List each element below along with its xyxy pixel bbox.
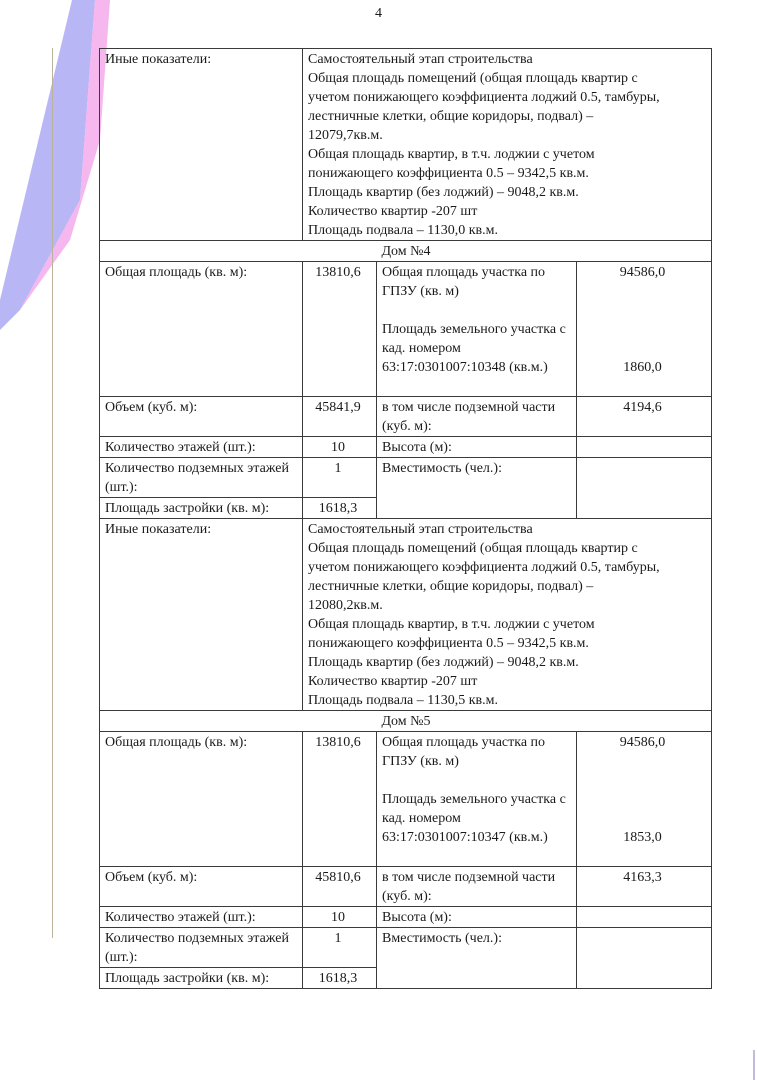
volume-label: Объем (куб. м):	[100, 867, 303, 907]
floors-value: 10	[303, 907, 377, 928]
indicator-line: Самостоятельный этап строительства	[308, 50, 707, 69]
land-area-text: Площадь земельного участка с кад. номеро…	[382, 320, 572, 377]
other-indicators-label: Иные показатели:	[100, 49, 303, 241]
indicator-line: Общая площадь помещений (общая площадь к…	[308, 539, 707, 558]
indicator-line: учетом понижающего коэффициента лоджий 0…	[308, 558, 707, 577]
indicator-line: Общая площадь квартир, в т.ч. лоджии с у…	[308, 145, 707, 164]
volume-value: 45810,6	[303, 867, 377, 907]
underground-floors-value: 1	[303, 458, 377, 498]
plot-area-text: Общая площадь участка по ГПЗУ (кв. м)	[382, 733, 572, 771]
indicator-line: Общая площадь помещений (общая площадь к…	[308, 69, 707, 88]
indicator-line: Самостоятельный этап строительства	[308, 520, 707, 539]
indicator-line: лестничные клетки, общие коридоры, подва…	[308, 107, 707, 126]
capacity-label: Вместимость (чел.):	[377, 458, 577, 519]
height-value	[577, 907, 712, 928]
underground-floors-label: Количество подземных этажей (шт.):	[100, 928, 303, 968]
building-parameters-table: Иные показатели: Самостоятельный этап ст…	[99, 48, 712, 989]
indicator-line: Количество квартир -207 шт	[308, 202, 707, 221]
footprint-label: Площадь застройки (кв. м):	[100, 968, 303, 989]
table-row: Количество подземных этажей (шт.): 1 Вме…	[100, 458, 712, 498]
other-indicators-label: Иные показатели:	[100, 519, 303, 711]
plot-area-label: Общая площадь участка по ГПЗУ (кв. м) Пл…	[377, 732, 577, 867]
table-row: Количество этажей (шт.): 10 Высота (м):	[100, 907, 712, 928]
indicator-line: 12080,2кв.м.	[308, 596, 707, 615]
table-row: Объем (куб. м): 45810,6 в том числе подз…	[100, 867, 712, 907]
indicator-line: Общая площадь квартир, в т.ч. лоджии с у…	[308, 615, 707, 634]
other-indicators-row: Иные показатели: Самостоятельный этап ст…	[100, 49, 712, 241]
indicator-line: лестничные клетки, общие коридоры, подва…	[308, 577, 707, 596]
scan-edge-mark	[753, 1050, 755, 1080]
table-row: Общая площадь (кв. м): 13810,6 Общая пло…	[100, 262, 712, 397]
underground-volume-value: 4163,3	[577, 867, 712, 907]
indicator-line: Площадь квартир (без лоджий) – 9048,2 кв…	[308, 183, 707, 202]
height-label: Высота (м):	[377, 907, 577, 928]
plot-area-value: 94586,0	[582, 263, 703, 282]
volume-label: Объем (куб. м):	[100, 397, 303, 437]
land-area-value: 1853,0	[582, 828, 703, 847]
height-value	[577, 437, 712, 458]
underground-volume-value: 4194,6	[577, 397, 712, 437]
floors-label: Количество этажей (шт.):	[100, 437, 303, 458]
house-title: Дом №4	[100, 241, 712, 262]
indicator-line: Площадь подвала – 1130,0 кв.м.	[308, 221, 707, 240]
plot-area-value: 94586,0	[582, 733, 703, 752]
other-indicators-value: Самостоятельный этап строительстваОбщая …	[303, 49, 712, 241]
height-label: Высота (м):	[377, 437, 577, 458]
table-row: Общая площадь (кв. м): 13810,6 Общая пло…	[100, 732, 712, 867]
capacity-value	[577, 928, 712, 989]
indicator-line: понижающего коэффициента 0.5 – 9342,5 кв…	[308, 164, 707, 183]
indicator-line: понижающего коэффициента 0.5 – 9342,5 кв…	[308, 634, 707, 653]
footprint-label: Площадь застройки (кв. м):	[100, 498, 303, 519]
document-page: Иные показатели: Самостоятельный этап ст…	[99, 48, 711, 989]
plot-area-values: 94586,0 1860,0	[577, 262, 712, 397]
page-number: 4	[0, 6, 757, 22]
table-row: Количество подземных этажей (шт.): 1 Вме…	[100, 928, 712, 968]
footprint-value: 1618,3	[303, 498, 377, 519]
scan-artifact	[0, 0, 110, 330]
land-area-value: 1860,0	[582, 358, 703, 377]
other-indicators-value: Самостоятельный этап строительстваОбщая …	[303, 519, 712, 711]
plot-area-values: 94586,0 1853,0	[577, 732, 712, 867]
land-area-text: Площадь земельного участка с кад. номеро…	[382, 790, 572, 847]
underground-volume-label: в том числе подземной части (куб. м):	[377, 867, 577, 907]
plot-area-label: Общая площадь участка по ГПЗУ (кв. м) Пл…	[377, 262, 577, 397]
capacity-label: Вместимость (чел.):	[377, 928, 577, 989]
total-area-label: Общая площадь (кв. м):	[100, 732, 303, 867]
house-header-row: Дом №5	[100, 711, 712, 732]
house-title: Дом №5	[100, 711, 712, 732]
house-header-row: Дом №4	[100, 241, 712, 262]
footprint-value: 1618,3	[303, 968, 377, 989]
floors-label: Количество этажей (шт.):	[100, 907, 303, 928]
table-row: Количество этажей (шт.): 10 Высота (м):	[100, 437, 712, 458]
binding-line	[52, 48, 53, 938]
capacity-value	[577, 458, 712, 519]
total-area-value: 13810,6	[303, 732, 377, 867]
indicator-line: Площадь квартир (без лоджий) – 9048,2 кв…	[308, 653, 707, 672]
plot-area-text: Общая площадь участка по ГПЗУ (кв. м)	[382, 263, 572, 301]
indicator-line: Количество квартир -207 шт	[308, 672, 707, 691]
other-indicators-row: Иные показатели: Самостоятельный этап ст…	[100, 519, 712, 711]
table-row: Объем (куб. м): 45841,9 в том числе подз…	[100, 397, 712, 437]
volume-value: 45841,9	[303, 397, 377, 437]
total-area-value: 13810,6	[303, 262, 377, 397]
indicator-line: Площадь подвала – 1130,5 кв.м.	[308, 691, 707, 710]
indicator-line: учетом понижающего коэффициента лоджий 0…	[308, 88, 707, 107]
underground-floors-label: Количество подземных этажей (шт.):	[100, 458, 303, 498]
total-area-label: Общая площадь (кв. м):	[100, 262, 303, 397]
floors-value: 10	[303, 437, 377, 458]
indicator-line: 12079,7кв.м.	[308, 126, 707, 145]
underground-volume-label: в том числе подземной части (куб. м):	[377, 397, 577, 437]
underground-floors-value: 1	[303, 928, 377, 968]
